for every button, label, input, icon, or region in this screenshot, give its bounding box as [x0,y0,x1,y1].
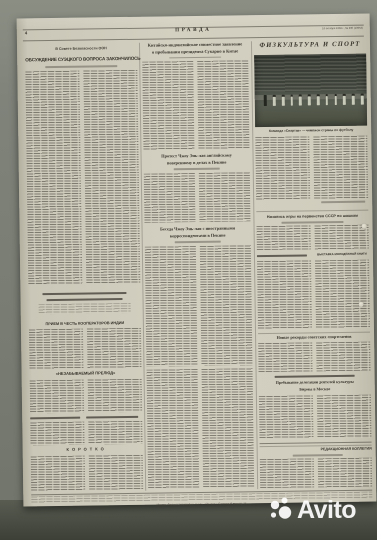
middle-protest-headline: поверенному в делах в Пекине [144,160,250,166]
text-block [315,225,369,250]
text-block [313,136,368,200]
text-block [30,380,84,414]
player-figure [343,96,346,105]
player-figure [282,97,285,106]
text-block [30,422,84,446]
newspaper-page: 4 ПРАВДА 16 октября 1956 г., № 290 (1395… [17,14,377,507]
player-figure [326,96,329,105]
left-prelude-headline: «НЕЗАБЫВАЕМЫЙ ПРЕЛЮД» [30,371,142,377]
text-block [31,456,85,492]
right-mini-headline-bar [257,254,307,257]
text-block [142,61,194,151]
sport-exhibition-headline: ВЫСТАВКА МОЛОДЕЖНОЙ КНИГИ [315,253,369,257]
text-block [315,260,370,329]
text-block [88,421,142,445]
sport-checkers-headline: Начались игры на первенство СССР по шашк… [256,214,368,220]
team-lineup [264,94,364,106]
photo-of-newspaper: 4 ПРАВДА 16 октября 1956 г., № 290 (1395… [0,0,377,540]
burma-headline: Бирмы в Москве [259,387,371,393]
text-block [88,379,142,413]
sport-team-photo [254,54,367,128]
text-block [257,260,312,329]
text-block [89,455,143,491]
signoff-bar [321,201,365,203]
text-block [29,329,84,370]
listings-header-bar [293,454,343,456]
stadium-stands [254,54,367,93]
text-block [202,368,255,488]
middle-byline-rule [169,56,221,58]
section-rule [256,210,368,213]
paper-hole [359,302,364,307]
text-block [258,342,312,372]
left-byline-rule [45,65,117,68]
middle-byline-rule [175,241,221,243]
sport-photo-caption: Команда «Спартак» — чемпион страны по фу… [255,129,367,134]
avito-watermark: Avito [268,495,356,525]
text-block [317,395,372,439]
left-kicker: В Совете Безопасности ООН [25,46,137,52]
left-reception-headline: ПРИЕМ В ЧЕСТЬ КООПЕРАТОРОВ ИНДИИ [29,321,141,327]
text-block [318,458,372,488]
middle-protest-headline: Протест Чжоу Энь-лая английскому [144,153,250,159]
avito-logo-icon [268,495,294,523]
player-figure [308,96,311,105]
left-subhead-bar [42,292,126,295]
text-block [257,225,311,250]
byline-bar [281,221,343,223]
middle-talk-headline: Беседа Чжоу Энь-лая с иностранными [145,226,251,232]
player-figure [290,96,293,105]
left-briefs-headline: КОРОТКО [31,447,143,453]
avito-wordmark: Avito [297,495,356,525]
text-block [260,458,314,488]
coach-figure [264,95,267,106]
player-figure [299,96,302,105]
left-subhead-bar [47,298,123,301]
text-block [145,246,198,367]
text-block [316,342,370,372]
text-block [259,395,314,439]
text-block [199,172,251,222]
text-block [197,60,249,150]
player-figure [334,96,337,105]
paper-hole [362,224,367,229]
text-block [255,136,310,200]
left-main-headline: ОБСУЖДЕНИЕ СУЭЦКОГО ВОПРОСА ЗАКОНЧИЛОСЬ [25,56,137,63]
sport-records-headline: Новые рекорды советских спортсменов [258,335,370,341]
text-block [200,245,253,366]
left-mini-headline-bar [86,416,138,419]
player-figure [352,96,355,105]
text-block [25,71,82,285]
right-subhead-bar [275,375,355,378]
player-figure [317,96,320,105]
text-block [87,328,142,369]
text-block [83,70,140,284]
left-mini-headline-bar [30,417,80,420]
player-figure [361,95,364,104]
sport-section-title: ФИЗКУЛЬТУРА И СПОРТ [254,41,366,50]
text-block [39,303,131,314]
editorial-board-signature: РЕДАКЦИОННАЯ КОЛЛЕГИЯ [278,447,372,452]
text-block [144,173,196,223]
burma-headline: Пребывание делегации деятелей культуры [259,380,371,386]
middle-talk-headline: корреспондентами в Пекине [145,233,251,239]
player-figure [273,97,276,106]
middle-statement-headline: Китайско-индонезийское совместное заявле… [142,41,248,48]
middle-statement-headline: о пребывании президента Сукарно в Китае [142,48,248,55]
text-block [147,369,200,489]
middle-byline-rule [174,168,220,170]
